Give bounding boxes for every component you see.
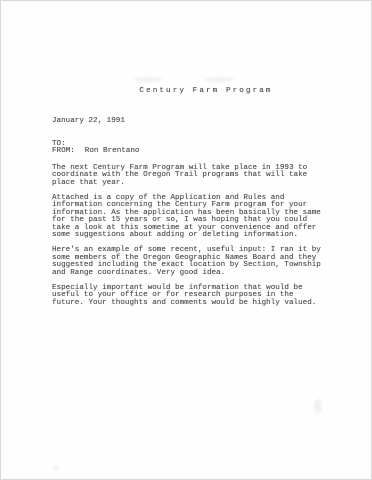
scan-artifact xyxy=(134,77,162,82)
paragraph-2: Attached is a copy of the Application an… xyxy=(52,195,341,240)
paragraph-1: The next Century Farm Program will take … xyxy=(52,165,341,188)
paragraph-3: Here's an example of some recent, useful… xyxy=(52,247,341,277)
scan-artifact xyxy=(314,399,322,413)
scan-artifact xyxy=(204,77,234,82)
from-name: Ron Brentano xyxy=(85,148,140,156)
scanned-letter-page: Century Farm Program January 22, 1991 TO… xyxy=(0,0,372,480)
date-line: January 22, 1991 xyxy=(52,118,341,126)
from-line: FROM: Ron Brentano xyxy=(52,148,341,156)
letter-body: The next Century Farm Program will take … xyxy=(52,165,341,308)
scan-artifact xyxy=(53,465,59,470)
paragraph-4: Especially important would be informatio… xyxy=(52,285,341,308)
from-label: FROM: xyxy=(52,148,75,156)
document-title: Century Farm Program xyxy=(21,87,372,95)
from-gap xyxy=(75,148,85,156)
